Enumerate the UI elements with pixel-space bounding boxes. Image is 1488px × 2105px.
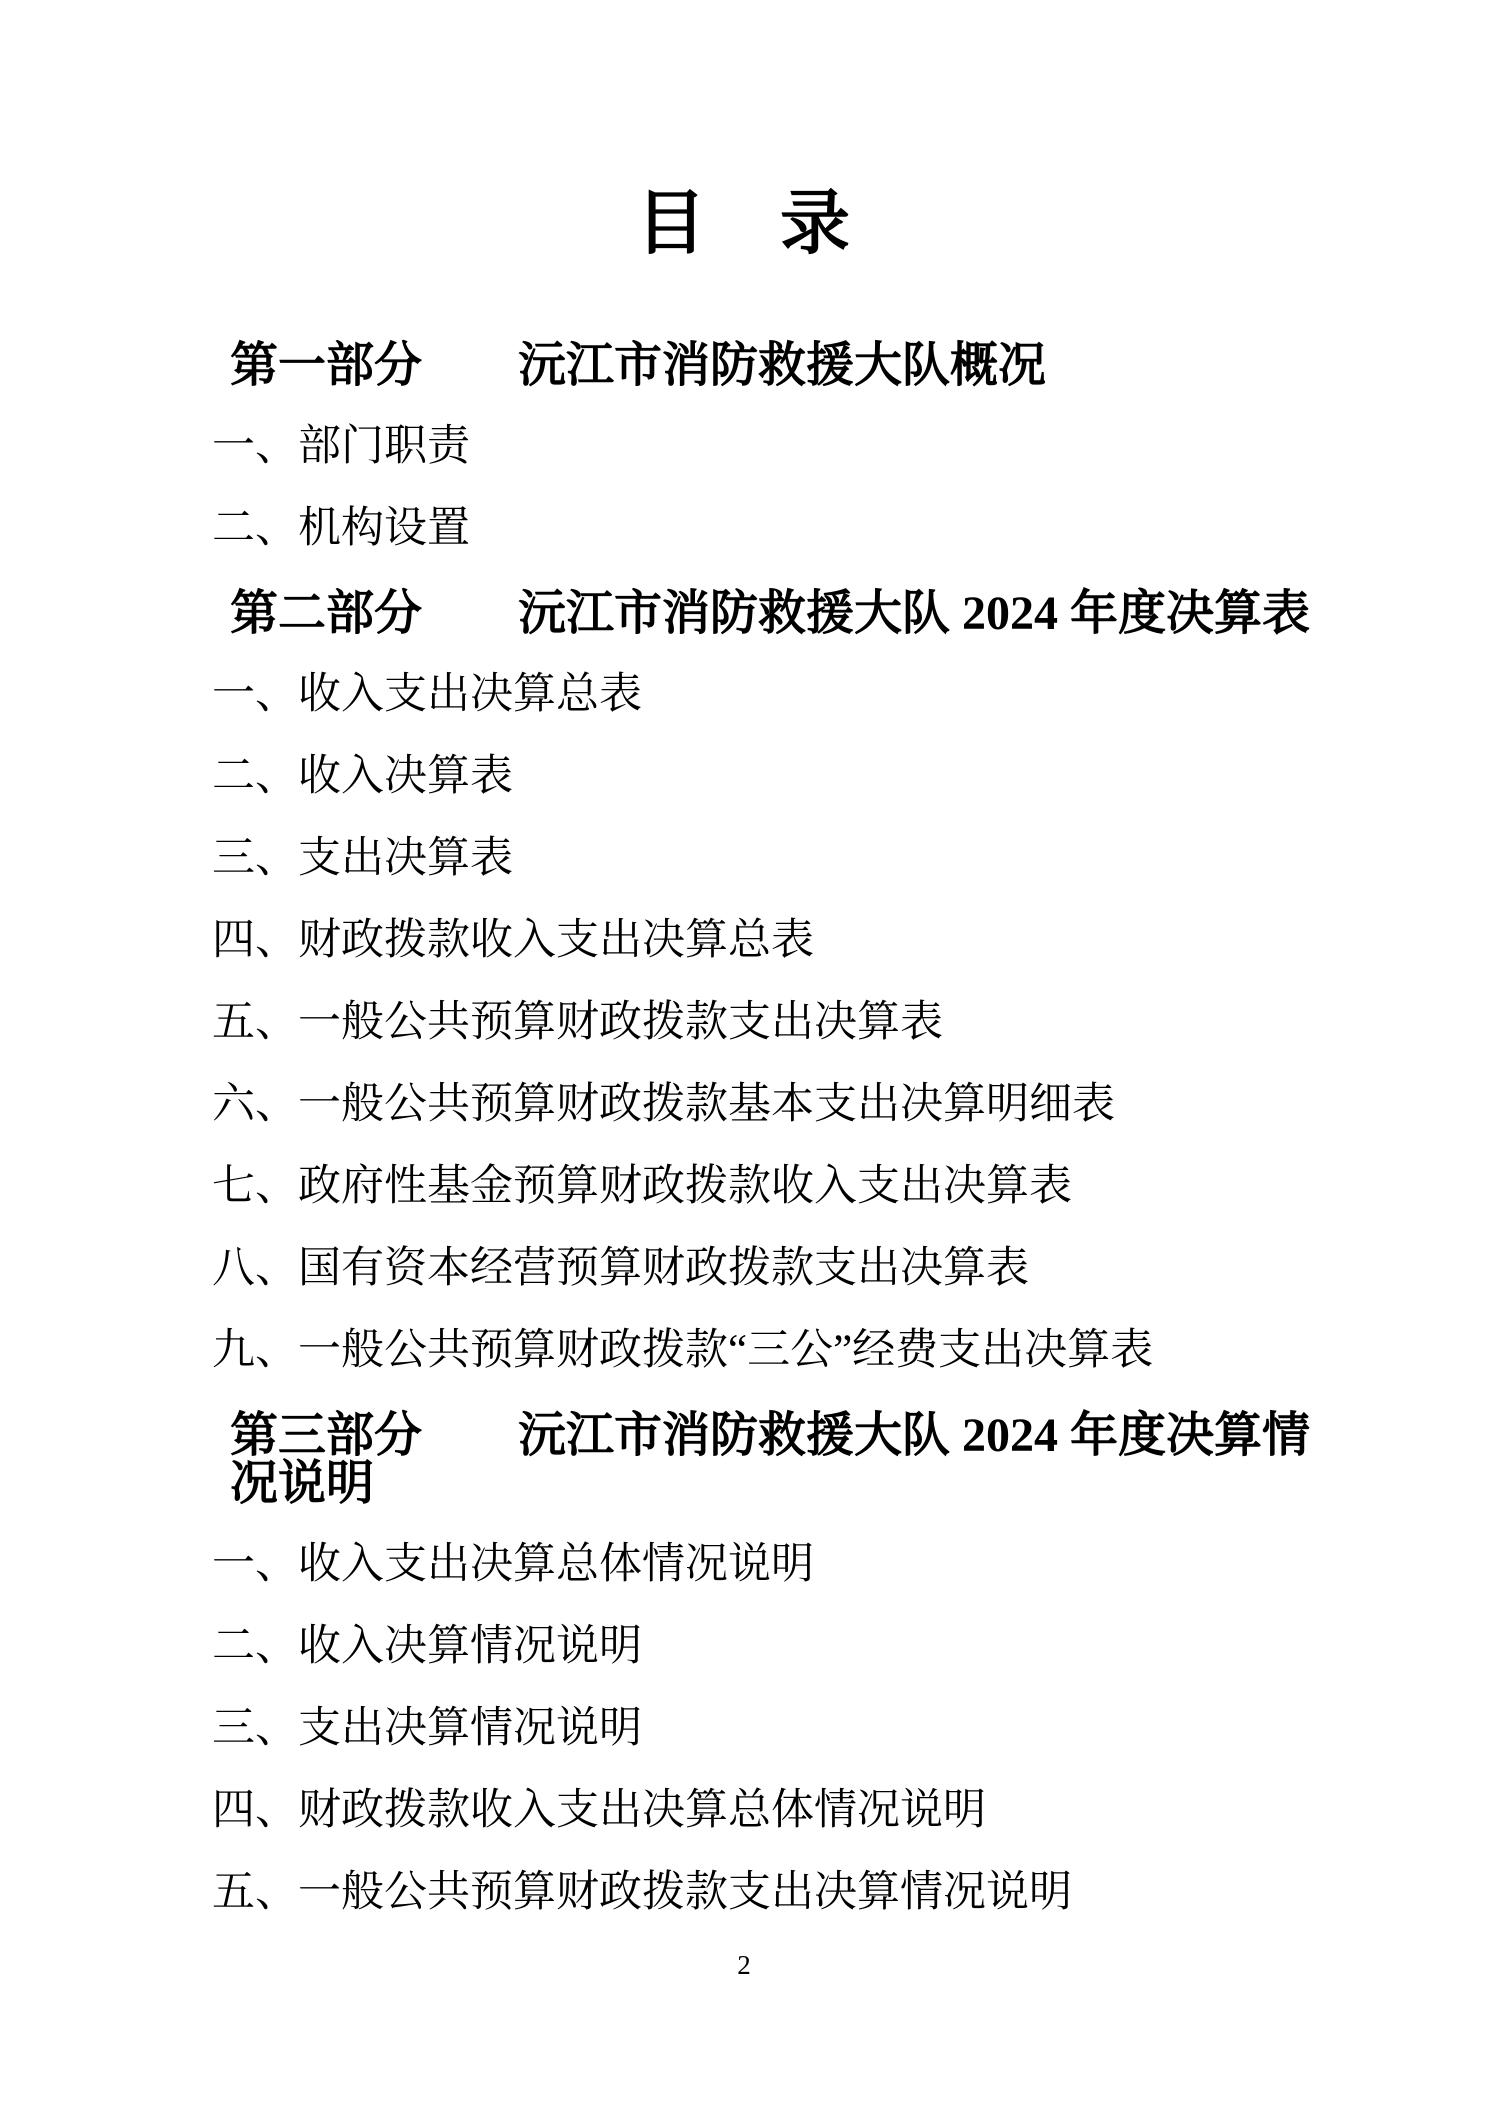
toc-item: 七、政府性基金预算财政拨款收入支出决算表 <box>212 1165 1318 1208</box>
toc-section-heading: 第三部分 沅江市消防救援大队 2024 年度决算情况说明 <box>230 1412 1318 1508</box>
toc-item: 二、机构设置 <box>212 507 1318 550</box>
toc-item: 一、部门职责 <box>212 425 1318 468</box>
toc-item: 三、支出决算情况说明 <box>212 1707 1318 1750</box>
toc-item: 四、财政拨款收入支出决算总表 <box>212 919 1318 962</box>
toc-item: 五、一般公共预算财政拨款支出决算表 <box>212 1001 1318 1044</box>
toc-section-heading: 第一部分 沅江市消防救援大队概况 <box>230 342 1318 390</box>
toc-item: 二、收入决算表 <box>212 755 1318 798</box>
toc-item: 四、财政拨款收入支出决算总体情况说明 <box>212 1789 1318 1832</box>
toc-item: 五、一般公共预算财政拨款支出决算情况说明 <box>212 1871 1318 1914</box>
toc-item: 六、一般公共预算财政拨款基本支出决算明细表 <box>212 1083 1318 1126</box>
toc-item: 八、国有资本经营预算财政拨款支出决算表 <box>212 1247 1318 1290</box>
toc-section-heading: 第二部分 沅江市消防救援大队 2024 年度决算表 <box>230 590 1318 638</box>
page-title: 目 录 <box>170 0 1318 260</box>
toc-item: 三、支出决算表 <box>212 837 1318 880</box>
toc-item: 一、收入支出决算总表 <box>212 673 1318 716</box>
page-number: 2 <box>0 1952 1488 1979</box>
document-page: 目 录 第一部分 沅江市消防救援大队概况 一、部门职责 二、机构设置 第二部分 … <box>0 0 1488 2105</box>
toc-item: 二、收入决算情况说明 <box>212 1625 1318 1668</box>
toc-item: 九、一般公共预算财政拨款“三公”经费支出决算表 <box>212 1329 1318 1372</box>
table-of-contents: 第一部分 沅江市消防救援大队概况 一、部门职责 二、机构设置 第二部分 沅江市消… <box>170 342 1318 1914</box>
toc-section-2: 第二部分 沅江市消防救援大队 2024 年度决算表 一、收入支出决算总表 二、收… <box>170 590 1318 1372</box>
toc-section-3: 第三部分 沅江市消防救援大队 2024 年度决算情况说明 一、收入支出决算总体情… <box>170 1412 1318 1914</box>
document-content: 目 录 第一部分 沅江市消防救援大队概况 一、部门职责 二、机构设置 第二部分 … <box>170 0 1318 1914</box>
toc-section-1: 第一部分 沅江市消防救援大队概况 一、部门职责 二、机构设置 <box>170 342 1318 550</box>
toc-item: 一、收入支出决算总体情况说明 <box>212 1543 1318 1586</box>
